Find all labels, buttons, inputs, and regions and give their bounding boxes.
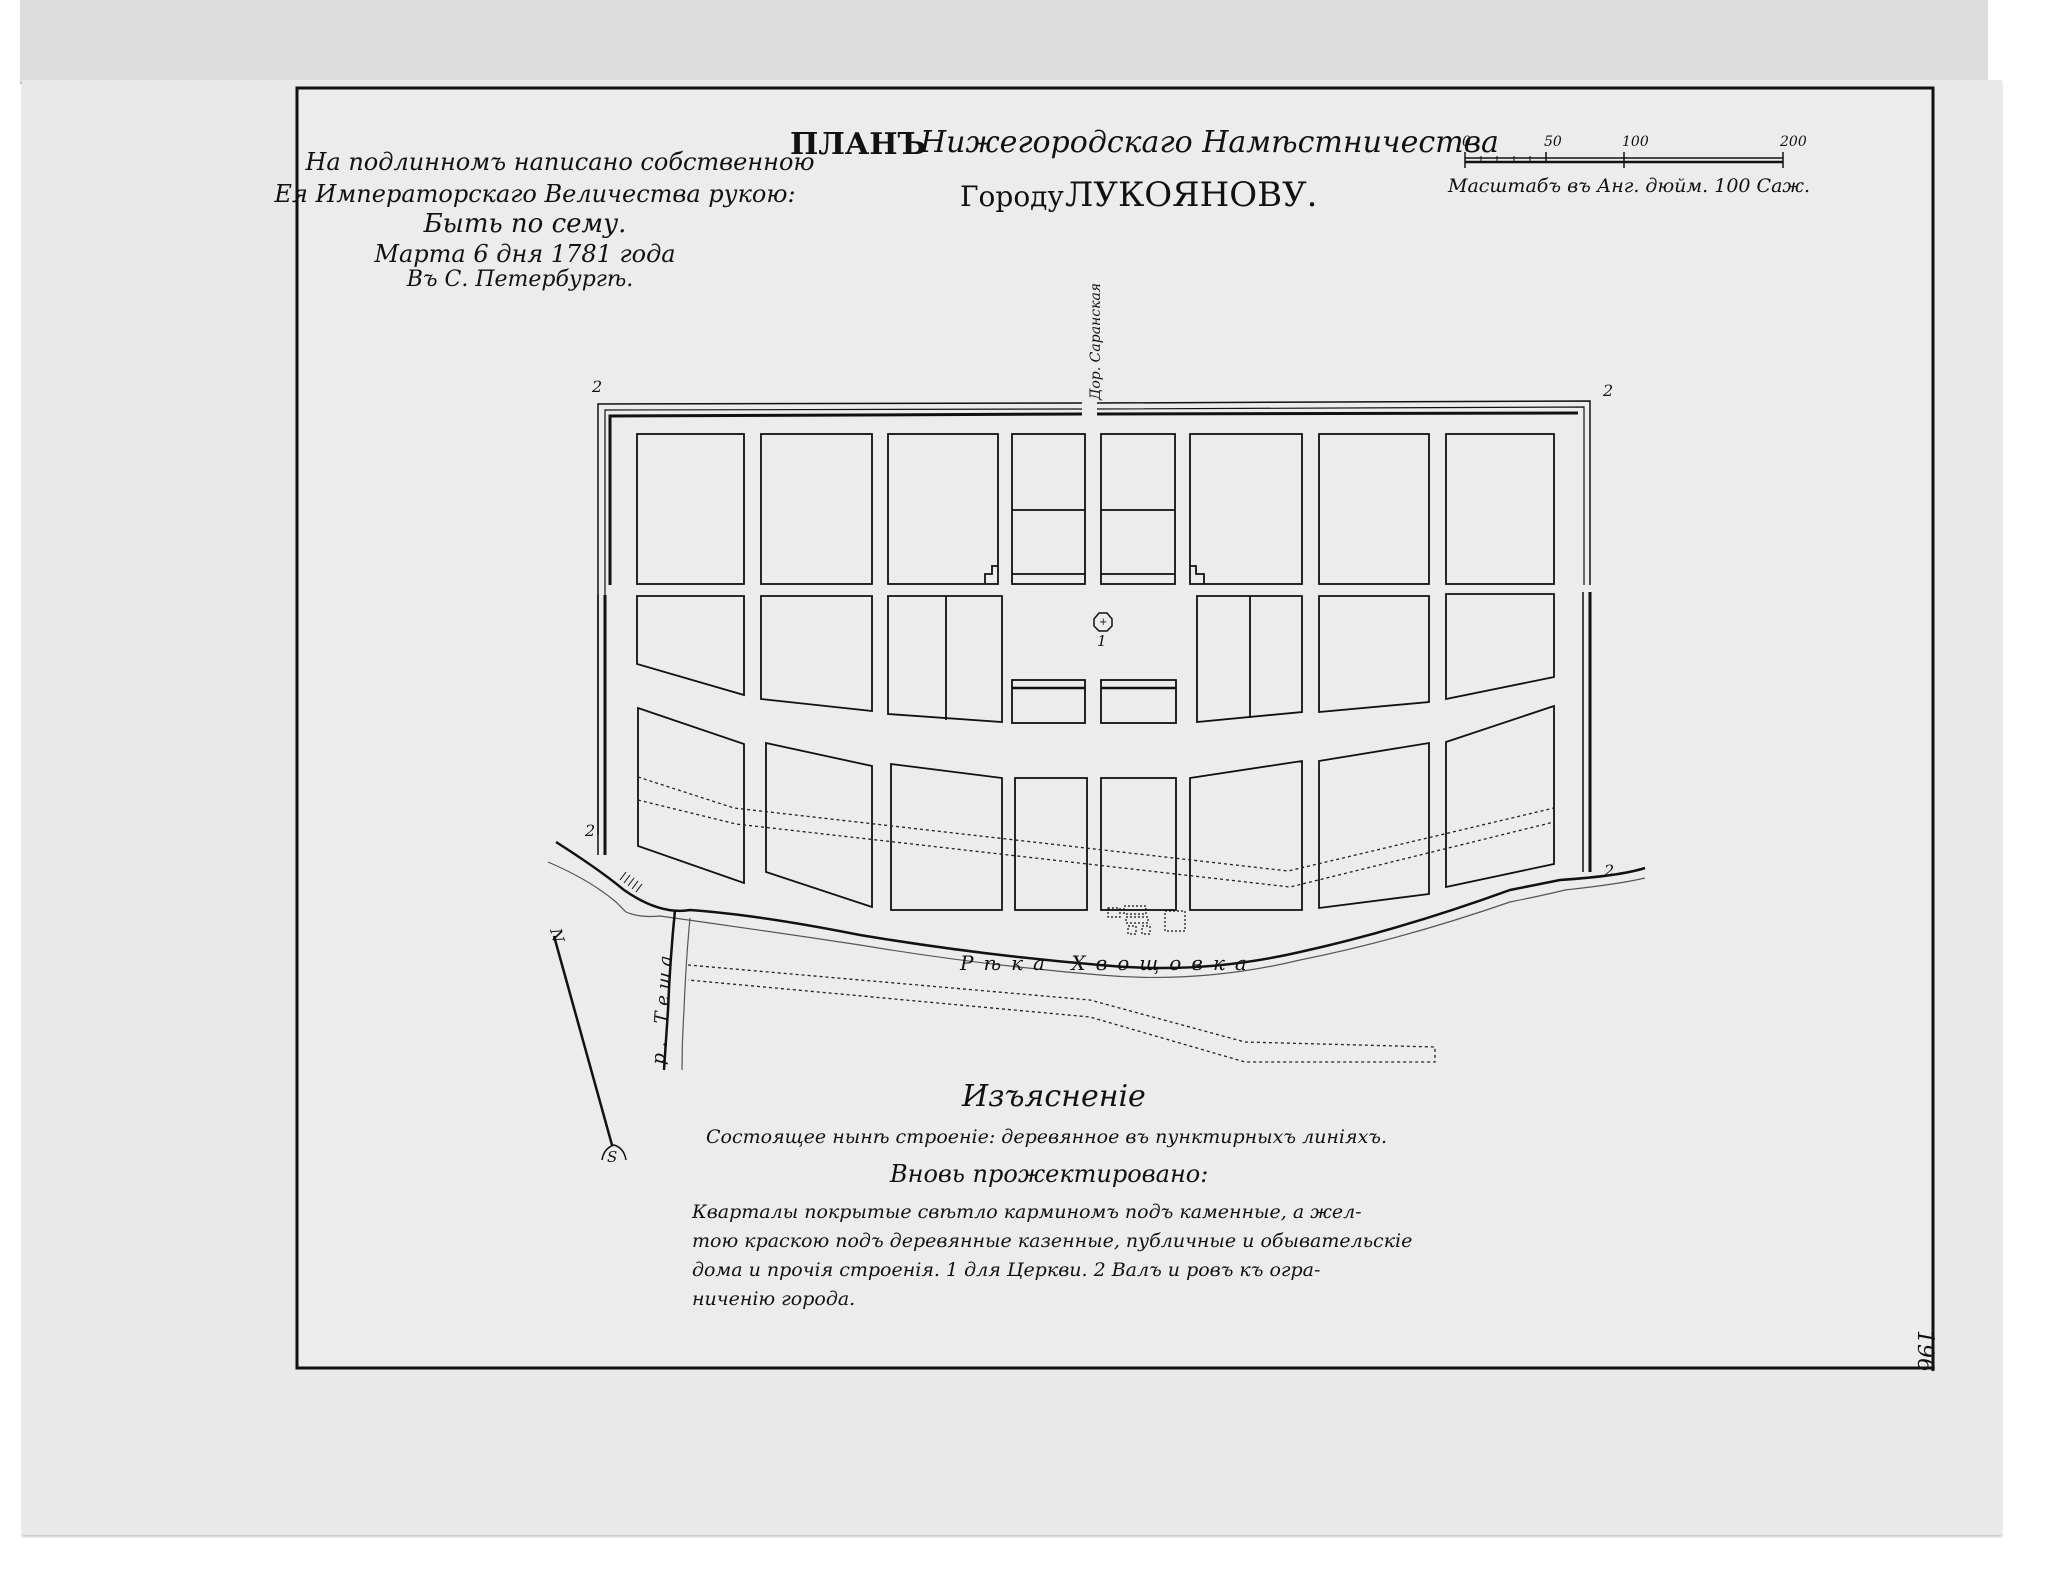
- svg-text:2: 2: [584, 821, 595, 840]
- scale-tick-0: 0: [1462, 134, 1471, 150]
- approval-line-4: Марта 6 дня 1781 года: [373, 240, 675, 268]
- approval-line-2: Ея Императорскаго Величества рукою:: [273, 180, 795, 208]
- legend-existing: Состоящее нынѣ строеніе: деревянное въ п…: [706, 1126, 1387, 1148]
- scale-caption: Масштабъ въ Анг. дюйм. 100 Саж.: [1447, 175, 1810, 197]
- title-town-name: ЛУКОЯНОВУ.: [1065, 175, 1317, 215]
- road-label: Дор. Саранская: [1088, 283, 1104, 401]
- legend-projected-heading: Вновь прожектировано:: [889, 1160, 1208, 1188]
- town-plan-map: ПЛАНЪ Нижегородскаго Намѣстничества Горо…: [0, 0, 2048, 1585]
- scale-tick-50: 50: [1544, 134, 1562, 150]
- title-gorodu: Городу: [960, 180, 1064, 213]
- legend-line-1: Кварталы покрытые свѣтло карминомъ подъ …: [691, 1201, 1362, 1223]
- legend-heading: Изъясненіе: [961, 1079, 1146, 1114]
- page-number: 196: [1912, 1330, 1937, 1372]
- compass-south-label: S: [607, 1148, 617, 1166]
- legend-line-3: дома и прочія строенія. 1 для Церкви. 2 …: [692, 1259, 1320, 1281]
- scale-tick-100: 100: [1622, 134, 1649, 150]
- church-number: 1: [1097, 632, 1107, 650]
- svg-text:2: 2: [1603, 861, 1614, 880]
- svg-text:2: 2: [1602, 381, 1613, 400]
- svg-text:2: 2: [591, 377, 602, 396]
- river-main-label: Рѣка Хвощовка: [959, 951, 1257, 975]
- legend-line-4: ниченію города.: [692, 1288, 855, 1310]
- legend-line-2: тою краскою подъ деревянные казенные, пу…: [692, 1230, 1412, 1252]
- scale-tick-200: 200: [1779, 134, 1807, 150]
- title-governorate: Нижегородскаго Намѣстничества: [919, 125, 1499, 160]
- svg-text:+: +: [1099, 617, 1107, 628]
- approval-line-5: Въ С. Петербургѣ.: [406, 267, 634, 292]
- approval-line-3: Быть по сему.: [423, 209, 627, 239]
- approval-line-1: На подлинномъ написано собственною: [304, 148, 814, 176]
